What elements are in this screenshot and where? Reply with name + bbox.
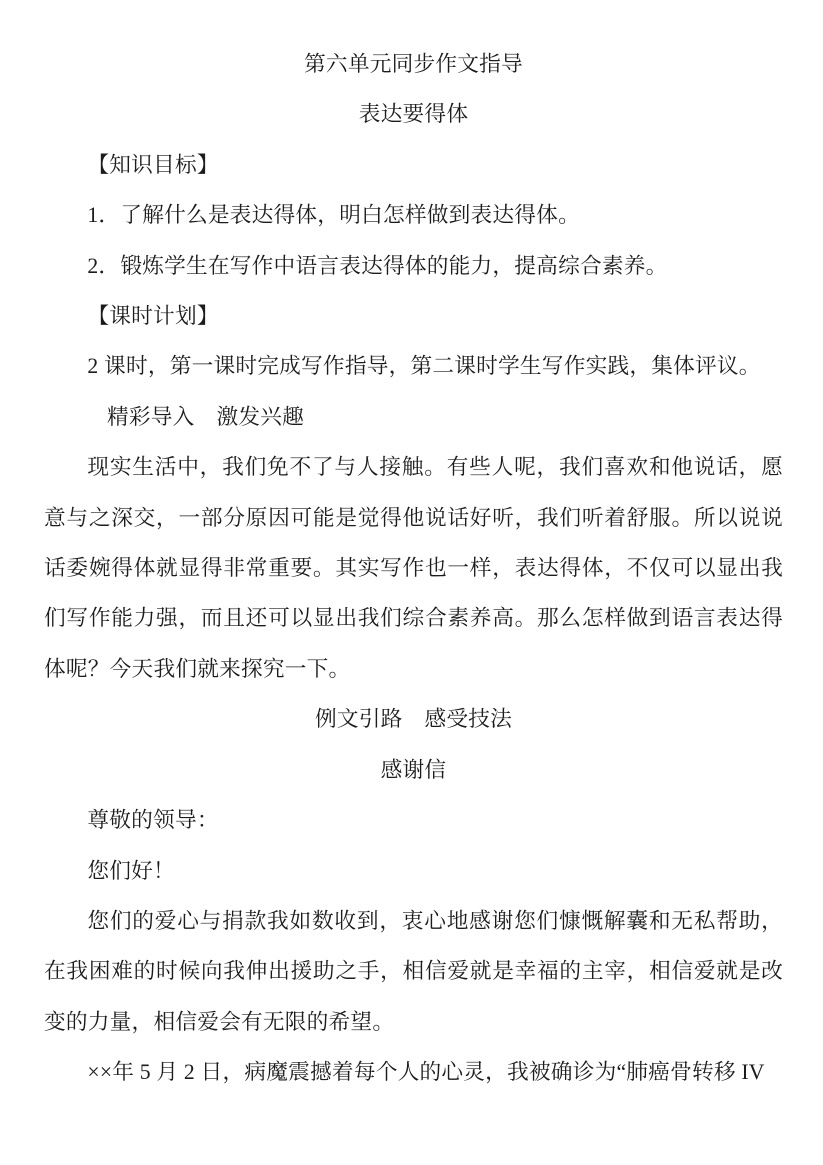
letter-greeting: 您们好！ — [44, 846, 783, 896]
goal-item-1: 1．了解什么是表达得体，明白怎样做到表达得体。 — [44, 190, 783, 240]
letter-title: 感谢信 — [44, 745, 783, 795]
para-lesson-plan: 2 课时，第一课时完成写作指导，第二课时学生写作实践，集体评议。 — [44, 341, 783, 391]
document-page: 第六单元同步作文指导 表达要得体 【知识目标】 1．了解什么是表达得体，明白怎样… — [0, 0, 823, 1165]
subhead-example: 例文引路 感受技法 — [44, 694, 783, 744]
heading-knowledge-goals: 【知识目标】 — [44, 140, 783, 190]
document-content: 第六单元同步作文指导 表达要得体 【知识目标】 1．了解什么是表达得体，明白怎样… — [0, 0, 823, 1098]
letter-salutation: 尊敬的领导： — [44, 795, 783, 845]
goal-item-2: 2．锻炼学生在写作中语言表达得体的能力，提高综合素养。 — [44, 241, 783, 291]
doc-subtitle: 表达要得体 — [44, 89, 783, 139]
heading-lesson-plan: 【课时计划】 — [44, 291, 783, 341]
doc-title: 第六单元同步作文指导 — [44, 39, 783, 89]
para-intro: 现实生活中，我们免不了与人接触。有些人呢，我们喜欢和他说话，愿意与之深交，一部分… — [44, 442, 783, 694]
subhead-intro: 精彩导入 激发兴趣 — [44, 392, 783, 442]
letter-para-2: ××年 5 月 2 日，病魔震撼着每个人的心灵，我被确诊为“肺癌骨转移 IV — [44, 1047, 783, 1097]
letter-para-1: 您们的爱心与捐款我如数收到，衷心地感谢您们慷慨解囊和无私帮助，在我困难的时候向我… — [44, 896, 783, 1047]
